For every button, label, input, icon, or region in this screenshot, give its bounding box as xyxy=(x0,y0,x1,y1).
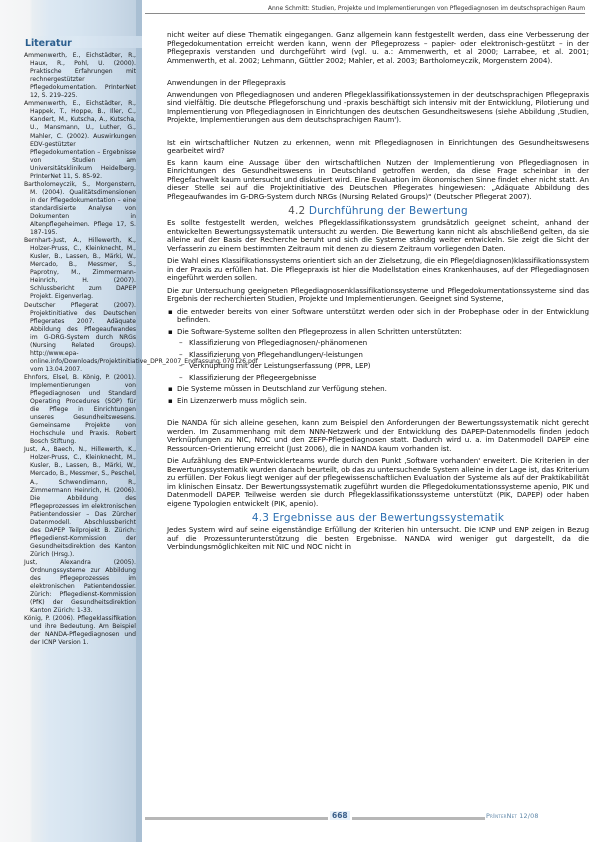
criteria-list: die entweder bereits von einer Software … xyxy=(167,308,589,406)
literature-title: Literatur xyxy=(24,40,136,48)
list-item: die entweder bereits von einer Software … xyxy=(167,308,589,325)
reference-item: Ammenwerth, E., Eichstädter, R., Happek,… xyxy=(24,100,136,180)
paragraph-enp: Die Aufzählung des ENP-Entwicklerteams w… xyxy=(167,457,589,508)
paragraph-wahl: Die Wahl eines Klassifikationssystems or… xyxy=(167,257,589,283)
section-heading-4-3: 4.3 Ergebnisse aus der Bewertungssystema… xyxy=(167,512,589,525)
reference-item: Bartholomeyczik, S., Morgenstern, M. (20… xyxy=(24,181,136,237)
running-head: Anne Schmitt: Studien, Projekte und Impl… xyxy=(145,5,585,14)
reference-item: Bernhart-Just, A., Hillewerth, K., Holze… xyxy=(24,237,136,301)
paragraph-praxis: Anwendungen von Pflegediagnosen und ande… xyxy=(167,91,589,125)
reference-item: Ehnfors, Elsel, B. König, P. (2001). Imp… xyxy=(24,374,136,446)
section-title: Ergebnisse aus der Bewertungssystematik xyxy=(273,512,504,524)
section-number: 4.2 xyxy=(288,205,305,217)
paragraph-ergebnisse: Jedes System wird auf seine eigenständig… xyxy=(167,526,589,552)
list-item: Klassifizierung von Pflegehandlungen/-le… xyxy=(177,351,589,360)
reference-item: Just, Alexandra (2005). Ordnungssysteme … xyxy=(24,559,136,615)
reference-item: König, P. (2006). Pflegeklassifikation u… xyxy=(24,615,136,647)
list-item: Ein Lizenzerwerb muss möglich sein. xyxy=(167,397,589,406)
list-item: Die Systeme müssen in Deutschland zur Ve… xyxy=(167,385,589,394)
reference-item: Ammenwerth, E., Eichstädter, R., Haux, R… xyxy=(24,52,136,100)
journal-name: PrInterNet 12/08 xyxy=(486,812,539,820)
article-body: nicht weiter auf diese Thematik eingegan… xyxy=(167,31,589,556)
sidebar-edge-bar xyxy=(136,0,142,842)
question-heading: Ist ein wirtschaftlicher Nutzen zu erken… xyxy=(167,139,589,156)
paragraph-bewertung: Es sollte festgestellt werden, welches P… xyxy=(167,219,589,253)
paragraph-nutzen: Es kann kaum eine Aussage über den wirts… xyxy=(167,159,589,202)
reference-item: Deutscher Pflegerat (2007). Projektiniti… xyxy=(24,302,136,374)
footer-rule-right xyxy=(352,817,485,820)
section-number: 4.3 xyxy=(252,512,269,524)
paragraph-nanda: Die NANDA für sich alleine gesehen, kann… xyxy=(167,419,589,453)
reference-item: Just, A., Baech, N., Hillewerth, K., Hol… xyxy=(24,446,136,559)
footer-rule-left xyxy=(145,817,328,820)
list-item: Die Software-Systeme sollten den Pflegep… xyxy=(167,328,589,383)
page-number: 668 xyxy=(330,811,350,820)
section-heading-4-2: 4.2 Durchführung der Bewertung xyxy=(167,205,589,218)
subheading-praxis: Anwendungen in der Pflegepraxis xyxy=(167,79,589,88)
list-item: Klassifizierung von Pflegediagnosen/-phä… xyxy=(177,339,589,348)
section-title: Durchführung der Bewertung xyxy=(309,205,468,217)
list-item: Verknüpfung mit der Leistungserfassung (… xyxy=(177,362,589,371)
paragraph-untersuchung: Die zur Untersuchung geeigneten Pflegedi… xyxy=(167,287,589,304)
literature-sidebar: Literatur Ammenwerth, E., Eichstädter, R… xyxy=(24,40,136,648)
sub-criteria-list: Klassifizierung von Pflegediagnosen/-phä… xyxy=(177,339,589,382)
list-item: Klassifizierung der Pflegeergebnisse xyxy=(177,374,589,383)
intro-paragraph: nicht weiter auf diese Thematik eingegan… xyxy=(167,31,589,65)
